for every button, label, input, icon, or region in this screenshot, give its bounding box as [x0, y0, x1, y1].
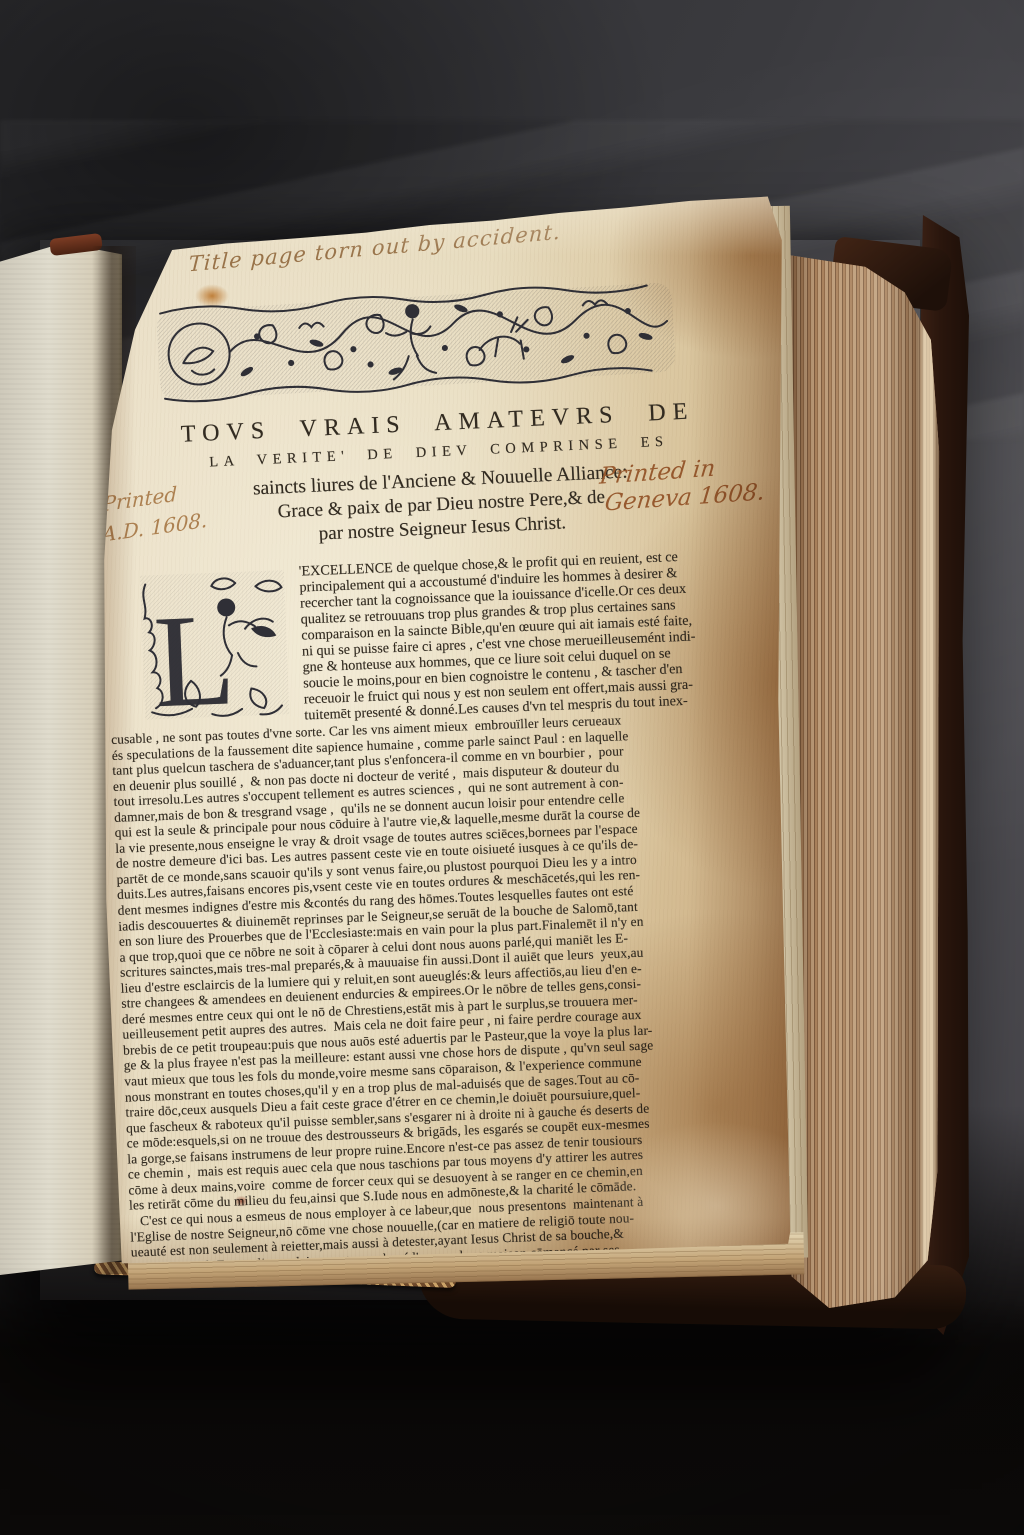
headpiece-woodcut [149, 267, 683, 415]
body-paragraph-full: cusable , ne sont pas toutes d'vne sorte… [111, 706, 801, 1275]
printed-recto-page: Title page torn out by accident. [100, 190, 800, 1282]
body-text: L 'EXCELLENCE de quelque chose,& le prof… [103, 545, 802, 1275]
handwritten-note-right: Printed in Geneva 1608. [595, 452, 769, 518]
bottom-shadow [0, 1300, 1024, 1535]
body-paragraph-indented: 'EXCELLENCE de quelque chose,& le profit… [299, 545, 781, 723]
photograph-of-antique-book: Title page torn out by accident. [0, 0, 1024, 1535]
initial-L-woodcut: L [137, 566, 293, 724]
